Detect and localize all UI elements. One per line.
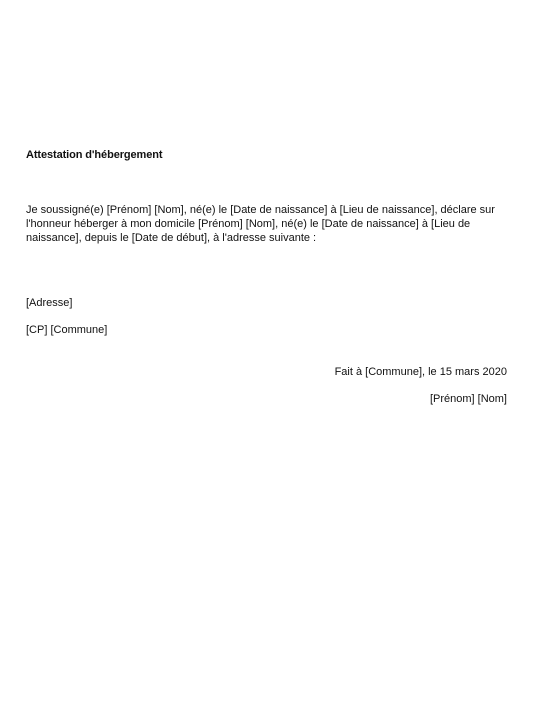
place-and-date: Fait à [Commune], le 15 mars 2020 [335, 366, 507, 378]
document-title: Attestation d'hébergement [26, 149, 162, 161]
postal-code-city-line: [CP] [Commune] [26, 324, 107, 336]
signature-name: [Prénom] [Nom] [430, 393, 507, 405]
declaration-paragraph: Je soussigné(e) [Prénom] [Nom], né(e) le… [26, 203, 516, 245]
address-line: [Adresse] [26, 297, 72, 309]
document-page: Attestation d'hébergement Je soussigné(e… [0, 0, 559, 720]
